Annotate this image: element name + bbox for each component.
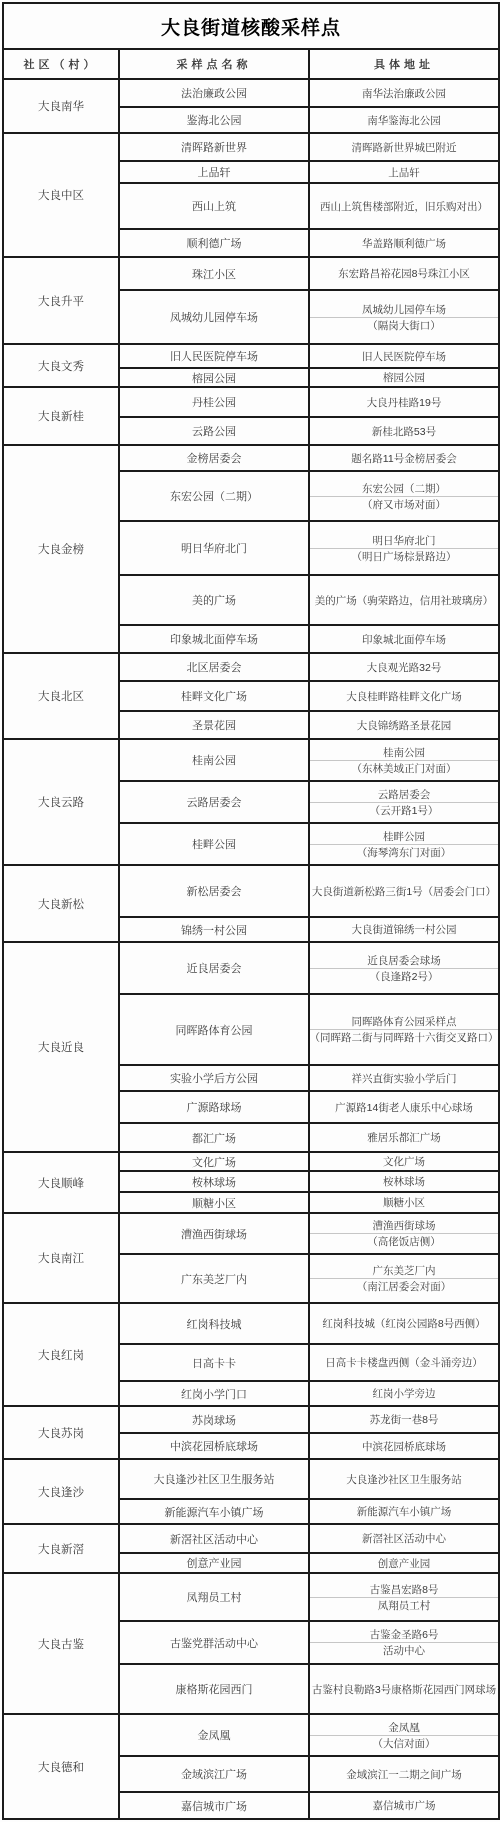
site-cell: 实验小学后方公园 <box>119 1065 309 1091</box>
site-cell: 旧人民医院停车场 <box>119 344 309 368</box>
address-cell: 大良丹桂路19号 <box>309 387 499 417</box>
address-cell: 红岗小学旁边 <box>309 1381 499 1406</box>
address-cell: 南华法治廉政公园 <box>309 79 499 107</box>
address-cell: 苏龙街一巷8号 <box>309 1406 499 1433</box>
address-line: （南江居委会对面） <box>310 1278 498 1294</box>
table-row: 大良新桂丹桂公园大良丹桂路19号 <box>3 387 499 417</box>
address-line: 桂南公园 <box>310 745 498 760</box>
address-cell: 新能源汽车小镇广场 <box>309 1499 499 1524</box>
address-cell: 同晖路体育公园采样点（同晖路二街与同晖路十六街交叉路口） <box>309 994 499 1065</box>
community-cell: 大良金榜 <box>3 445 119 653</box>
address-line: （大信对面） <box>310 1735 498 1751</box>
address-line: 漕渔西街球场 <box>310 1218 498 1233</box>
address-cell: 文化广场 <box>309 1152 499 1171</box>
table-row: 大良近良近良居委会近良居委会球场（良逢路2号） <box>3 942 499 994</box>
site-cell: 红岗小学门口 <box>119 1381 309 1406</box>
address-cell: 凤城幼儿园停车场（隔岗大街口） <box>309 290 499 344</box>
address-cell: 近良居委会球场（良逢路2号） <box>309 942 499 994</box>
site-cell: 东宏公园（二期） <box>119 471 309 521</box>
address-cell: 东宏公园（二期）（府又市场对面） <box>309 471 499 521</box>
site-cell: 鉴海北公园 <box>119 107 309 133</box>
address-line: （良逢路2号） <box>310 968 498 984</box>
site-cell: 漕渔西街球场 <box>119 1213 309 1254</box>
community-cell: 大良南江 <box>3 1213 119 1303</box>
address-cell: 华盖路顺利德广场 <box>309 229 499 257</box>
address-cell: 古鉴村良勒路3号康格斯花园西门网球场 <box>309 1664 499 1714</box>
address-line: 云路居委会 <box>310 787 498 802</box>
community-cell: 大良古鉴 <box>3 1573 119 1714</box>
title-row: 大良街道核酸采样点 <box>3 3 499 49</box>
community-cell: 大良升平 <box>3 257 119 344</box>
site-cell: 嘉信城市广场 <box>119 1792 309 1819</box>
site-cell: 圣景花园 <box>119 711 309 739</box>
community-cell: 大良苏岗 <box>3 1406 119 1459</box>
table-row: 大良文秀旧人民医院停车场旧人民医院停车场 <box>3 344 499 368</box>
address-line: 古鉴昌宏路8号 <box>310 1582 498 1597</box>
address-cell: 桂南公园（东林美域正门对面） <box>309 739 499 781</box>
community-cell: 大良南华 <box>3 79 119 133</box>
address-cell: 金域滨江一二期之间广场 <box>309 1756 499 1792</box>
table-row: 大良金榜金榜居委会题名路11号金榜居委会 <box>3 445 499 471</box>
address-cell: 祥兴直街实验小学后门 <box>309 1065 499 1091</box>
address-line: 广东美芝厂内 <box>310 1263 498 1278</box>
community-cell: 大良德和 <box>3 1714 119 1819</box>
site-cell: 珠江小区 <box>119 257 309 290</box>
community-cell: 大良中区 <box>3 133 119 257</box>
address-line: 桂畔公园 <box>310 829 498 844</box>
table-body: 大良南华法治廉政公园南华法治廉政公园鉴海北公园南华鉴海北公园大良中区清晖路新世界… <box>3 79 499 1819</box>
site-cell: 新滘社区活动中心 <box>119 1524 309 1553</box>
address-line: 东宏公园（二期） <box>310 481 498 496</box>
address-line: （同晖路二街与同晖路十六街交叉路口） <box>310 1029 498 1045</box>
address-cell: 桂畔公园（海琴湾东门对面） <box>309 823 499 865</box>
table-row: 大良德和金凤凰金凤凰（大信对面） <box>3 1714 499 1756</box>
address-cell: 顺糖小区 <box>309 1192 499 1213</box>
address-cell: 美的广场（驹荣路边，信用社玻璃房） <box>309 575 499 625</box>
site-cell: 明日华府北门 <box>119 521 309 575</box>
table-row: 大良升平珠江小区东宏路昌裕花园8号珠江小区 <box>3 257 499 290</box>
site-cell: 锦绣一村公园 <box>119 917 309 942</box>
address-cell: 桉林球场 <box>309 1171 499 1192</box>
address-cell: 古鉴金圣路6号活动中心 <box>309 1621 499 1664</box>
address-cell: 榕园公园 <box>309 368 499 387</box>
address-cell: 旧人民医院停车场 <box>309 344 499 368</box>
address-cell: 古鉴昌宏路8号凤翔员工村 <box>309 1573 499 1621</box>
sampling-table: 大良街道核酸采样点 社区（村） 采样点名称 具体地址 大良南华法治廉政公园南华法… <box>2 2 500 1820</box>
address-cell: 新桂北路53号 <box>309 417 499 445</box>
header-row: 社区（村） 采样点名称 具体地址 <box>3 49 499 79</box>
address-line: 金凤凰 <box>310 1720 498 1735</box>
address-cell: 大良逢沙社区卫生服务站 <box>309 1459 499 1499</box>
address-line: （高佬饭店侧） <box>310 1233 498 1249</box>
address-cell: 印象城北面停车场 <box>309 625 499 653</box>
address-line: （府又市场对面） <box>310 496 498 512</box>
community-cell: 大良新松 <box>3 865 119 942</box>
address-cell: 金凤凰（大信对面） <box>309 1714 499 1756</box>
table-row: 大良中区清晖路新世界清晖路新世界城巴附近 <box>3 133 499 161</box>
site-cell: 桂畔公园 <box>119 823 309 865</box>
site-cell: 金凤凰 <box>119 1714 309 1756</box>
table-row: 大良新滘新滘社区活动中心新滘社区活动中心 <box>3 1524 499 1553</box>
site-cell: 顺糖小区 <box>119 1192 309 1213</box>
address-cell: 大良观光路32号 <box>309 653 499 681</box>
table-row: 大良南华法治廉政公园南华法治廉政公园 <box>3 79 499 107</box>
address-line: 凤翔员工村 <box>310 1597 498 1613</box>
address-cell: 红岗科技城（红岗公园路8号西侧） <box>309 1303 499 1344</box>
address-line: （东林美域正门对面） <box>310 760 498 776</box>
address-cell: 西山上筑售楼部附近，旧乐购对出） <box>309 183 499 229</box>
site-cell: 苏岗球场 <box>119 1406 309 1433</box>
site-cell: 榕园公园 <box>119 368 309 387</box>
table-row: 大良古鉴凤翔员工村古鉴昌宏路8号凤翔员工村 <box>3 1573 499 1621</box>
site-cell: 文化广场 <box>119 1152 309 1171</box>
table-row: 大良新松新松居委会大良街道新松路三街1号（居委会门口） <box>3 865 499 917</box>
site-cell: 桂南公园 <box>119 739 309 781</box>
address-line: （明日广场棕景路边） <box>310 548 498 564</box>
address-cell: 大良桂畔路桂畔文化广场 <box>309 681 499 711</box>
community-cell: 大良近良 <box>3 942 119 1152</box>
site-cell: 广东美芝厂内 <box>119 1254 309 1303</box>
site-cell: 广源路球场 <box>119 1091 309 1123</box>
site-cell: 红岗科技城 <box>119 1303 309 1344</box>
site-cell: 清晖路新世界 <box>119 133 309 161</box>
community-cell: 大良北区 <box>3 653 119 739</box>
table-row: 大良北区北区居委会大良观光路32号 <box>3 653 499 681</box>
site-cell: 桉林球场 <box>119 1171 309 1192</box>
address-line: 同晖路体育公园采样点 <box>310 1014 498 1029</box>
community-cell: 大良顺峰 <box>3 1152 119 1213</box>
address-cell: 雅居乐都汇广场 <box>309 1123 499 1152</box>
site-cell: 云路公园 <box>119 417 309 445</box>
table-row: 大良南江漕渔西街球场漕渔西街球场（高佬饭店侧） <box>3 1213 499 1254</box>
site-cell: 凤城幼儿园停车场 <box>119 290 309 344</box>
site-cell: 都汇广场 <box>119 1123 309 1152</box>
community-cell: 大良新桂 <box>3 387 119 445</box>
address-cell: 广东美芝厂内（南江居委会对面） <box>309 1254 499 1303</box>
address-line: （海琴湾东门对面） <box>310 844 498 860</box>
address-line: 古鉴金圣路6号 <box>310 1627 498 1642</box>
site-cell: 同晖路体育公园 <box>119 994 309 1065</box>
site-cell: 金域滨江广场 <box>119 1756 309 1792</box>
page-title: 大良街道核酸采样点 <box>3 3 499 49</box>
community-cell: 大良新滘 <box>3 1524 119 1573</box>
community-cell: 大良文秀 <box>3 344 119 387</box>
address-cell: 创意产业园 <box>309 1553 499 1573</box>
address-cell: 日高卡卡楼盘西侧（金斗涌旁边） <box>309 1344 499 1381</box>
site-cell: 丹桂公园 <box>119 387 309 417</box>
address-cell: 题名路11号金榜居委会 <box>309 445 499 471</box>
address-cell: 大良街道新松路三街1号（居委会门口） <box>309 865 499 917</box>
table-row: 大良逢沙大良逢沙社区卫生服务站大良逢沙社区卫生服务站 <box>3 1459 499 1499</box>
site-cell: 新能源汽车小镇广场 <box>119 1499 309 1524</box>
site-cell: 西山上筑 <box>119 183 309 229</box>
site-cell: 凤翔员工村 <box>119 1573 309 1621</box>
site-cell: 康格斯花园西门 <box>119 1664 309 1714</box>
site-cell: 印象城北面停车场 <box>119 625 309 653</box>
site-cell: 法治廉政公园 <box>119 79 309 107</box>
address-cell: 云路居委会（云开路1号） <box>309 781 499 823</box>
site-cell: 近良居委会 <box>119 942 309 994</box>
site-cell: 日高卡卡 <box>119 1344 309 1381</box>
address-line: 活动中心 <box>310 1642 498 1658</box>
address-cell: 东宏路昌裕花园8号珠江小区 <box>309 257 499 290</box>
table-row: 大良红岗红岗科技城红岗科技城（红岗公园路8号西侧） <box>3 1303 499 1344</box>
column-header-site: 采样点名称 <box>119 49 309 79</box>
address-cell: 漕渔西街球场（高佬饭店侧） <box>309 1213 499 1254</box>
address-line: （隔岗大街口） <box>310 317 498 333</box>
column-header-community: 社区（村） <box>3 49 119 79</box>
site-cell: 北区居委会 <box>119 653 309 681</box>
address-line: 凤城幼儿园停车场 <box>310 302 498 317</box>
address-line: （云开路1号） <box>310 802 498 818</box>
community-cell: 大良红岗 <box>3 1303 119 1406</box>
address-cell: 新滘社区活动中心 <box>309 1524 499 1553</box>
table-row: 大良云路桂南公园桂南公园（东林美域正门对面） <box>3 739 499 781</box>
site-cell: 桂畔文化广场 <box>119 681 309 711</box>
site-cell: 金榜居委会 <box>119 445 309 471</box>
address-cell: 大良锦绣路圣景花园 <box>309 711 499 739</box>
address-cell: 广源路14街老人康乐中心球场 <box>309 1091 499 1123</box>
site-cell: 创意产业园 <box>119 1553 309 1573</box>
community-cell: 大良云路 <box>3 739 119 865</box>
address-cell: 明日华府北门（明日广场棕景路边） <box>309 521 499 575</box>
address-cell: 大良街道锦绣一村公园 <box>309 917 499 942</box>
table-row: 大良苏岗苏岗球场苏龙街一巷8号 <box>3 1406 499 1433</box>
address-line: 近良居委会球场 <box>310 953 498 968</box>
site-cell: 新松居委会 <box>119 865 309 917</box>
site-cell: 大良逢沙社区卫生服务站 <box>119 1459 309 1499</box>
address-cell: 上品轩 <box>309 161 499 183</box>
document-page: 大良街道核酸采样点 社区（村） 采样点名称 具体地址 大良南华法治廉政公园南华法… <box>0 0 500 1822</box>
site-cell: 上品轩 <box>119 161 309 183</box>
address-cell: 南华鉴海北公园 <box>309 107 499 133</box>
community-cell: 大良逢沙 <box>3 1459 119 1524</box>
site-cell: 美的广场 <box>119 575 309 625</box>
site-cell: 古鉴党群活动中心 <box>119 1621 309 1664</box>
column-header-address: 具体地址 <box>309 49 499 79</box>
site-cell: 中滨花园桥底球场 <box>119 1433 309 1459</box>
address-cell: 中滨花园桥底球场 <box>309 1433 499 1459</box>
address-cell: 清晖路新世界城巴附近 <box>309 133 499 161</box>
table-row: 大良顺峰文化广场文化广场 <box>3 1152 499 1171</box>
address-line: 明日华府北门 <box>310 533 498 548</box>
site-cell: 顺利德广场 <box>119 229 309 257</box>
address-cell: 嘉信城市广场 <box>309 1792 499 1819</box>
site-cell: 云路居委会 <box>119 781 309 823</box>
